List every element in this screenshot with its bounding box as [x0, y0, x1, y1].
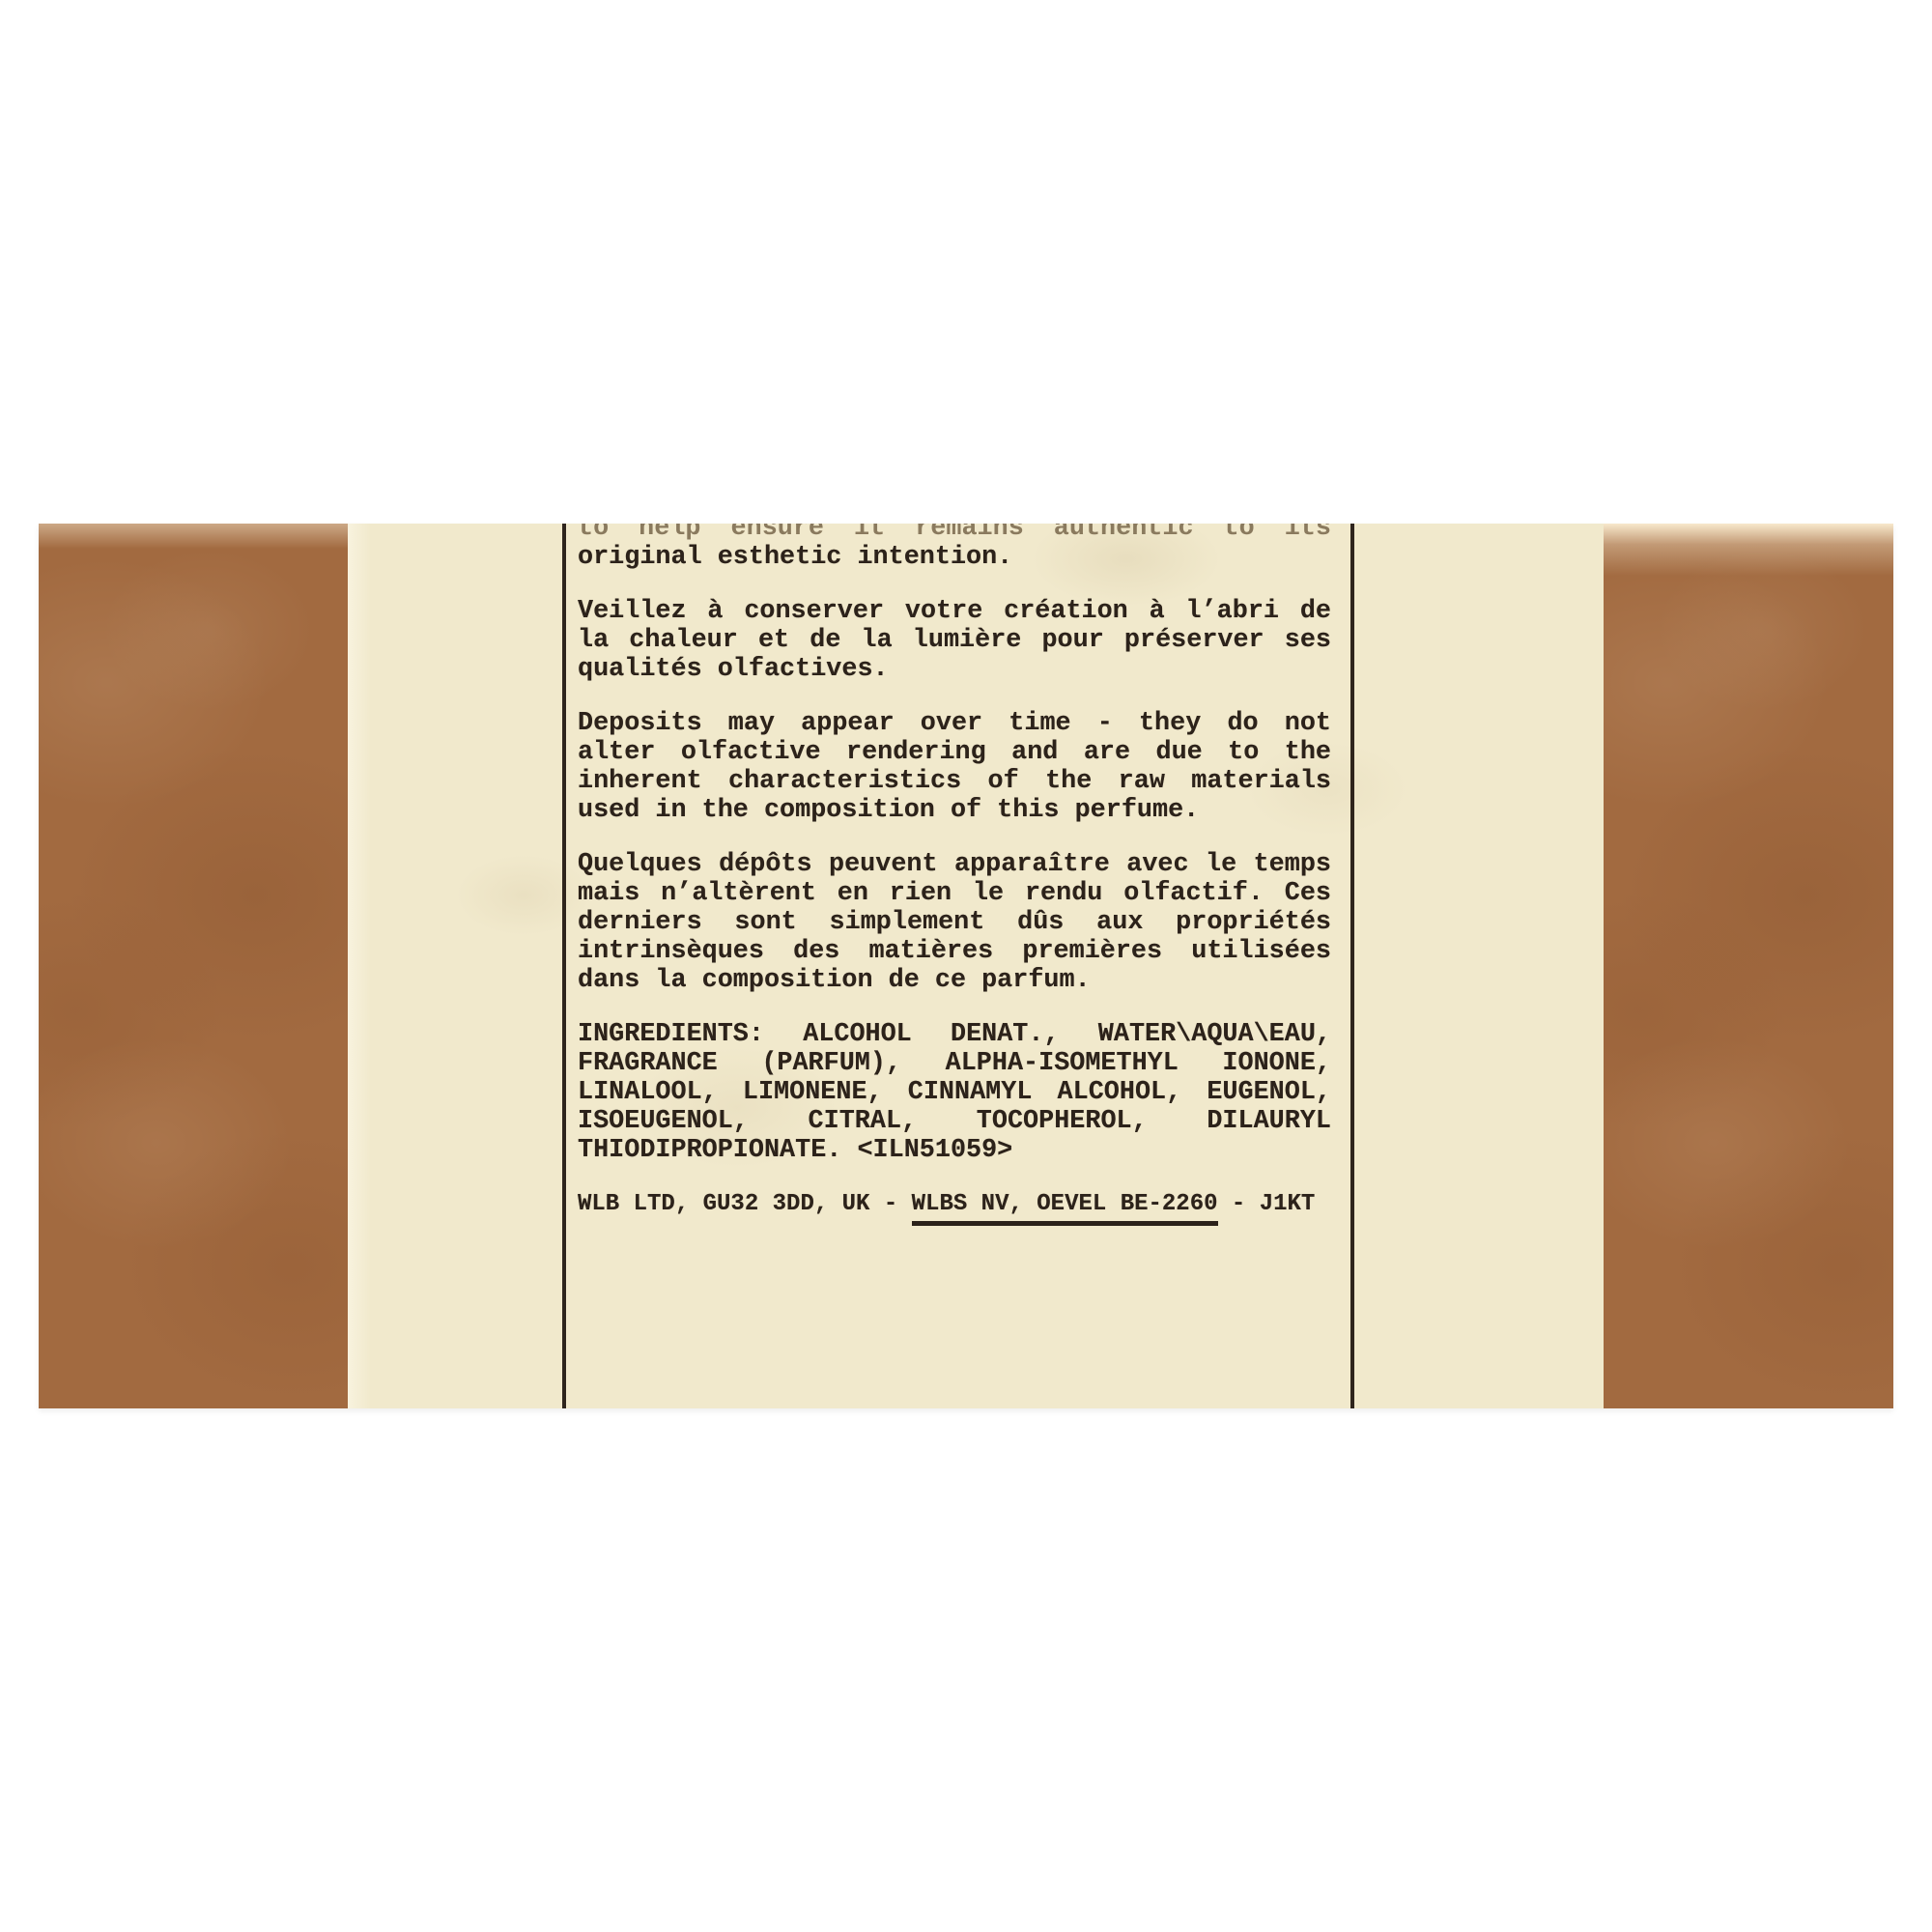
care-note-english-clipped-line: to help ensure it remains authentic to i… [578, 524, 1331, 543]
label-text-column: to help ensure it remains authentic to i… [578, 524, 1331, 1219]
deposits-note-french: Quelques dépôts peuvent apparaître avec … [578, 850, 1331, 995]
label-column-rule-left [562, 524, 566, 1408]
cardboard-panel-left [39, 524, 348, 1408]
address-underlined-segment: WLBS NV, OEVEL BE-2260 [912, 1191, 1218, 1226]
manufacturer-address-line: WLB LTD, GU32 3DD, UK - WLBS NV, OEVEL B… [578, 1190, 1331, 1219]
product-photo-background: to help ensure it remains authentic to i… [0, 0, 1932, 1932]
address-prefix: WLB LTD, GU32 3DD, UK - [578, 1191, 912, 1217]
care-note-english: to help ensure it remains authentic to i… [578, 524, 1331, 572]
ingredients-list: INGREDIENTS: ALCOHOL DENAT., WATER\AQUA\… [578, 1020, 1331, 1165]
care-note-english-last-line: original esthetic intention. [578, 543, 1331, 572]
cardboard-panel-right [1604, 524, 1893, 1408]
address-suffix: - J1KT [1218, 1191, 1316, 1217]
care-note-french: Veillez à conserver votre création à l’a… [578, 597, 1331, 684]
label-column-rule-right [1350, 524, 1354, 1408]
deposits-note-english: Deposits may appear over time - they do … [578, 709, 1331, 825]
ingredients-label: to help ensure it remains authentic to i… [348, 524, 1604, 1408]
perfume-box: to help ensure it remains authentic to i… [39, 524, 1893, 1408]
